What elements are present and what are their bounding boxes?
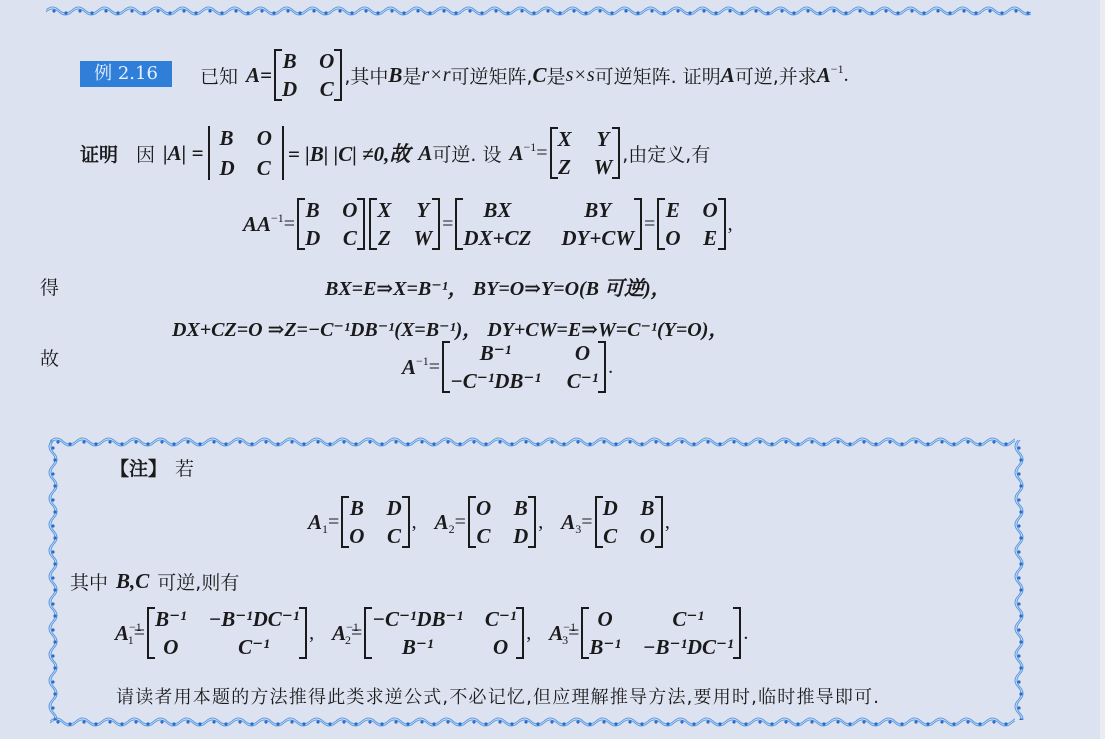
math-eq: =	[644, 213, 655, 236]
note-text: 可逆,则有	[157, 568, 239, 595]
proof-label: 证明	[80, 140, 118, 167]
example-badge: 例 2.16	[80, 61, 172, 87]
matrix-A1-inv: B⁻¹−B⁻¹DC⁻¹ OC⁻¹	[147, 607, 307, 659]
therefore-label: 故	[40, 344, 59, 371]
matrix-product-result: BXBY DX+CZDY+CW	[455, 198, 642, 250]
matrix-result: B⁻¹O −C⁻¹DB⁻¹C⁻¹	[442, 341, 606, 393]
note-border-right	[1010, 440, 1026, 720]
matrix-Ainv: XY ZW	[550, 127, 621, 179]
statement-text: 可逆矩阵,	[450, 62, 532, 89]
matrix-A2-inv: −C⁻¹DB⁻¹C⁻¹ B⁻¹O	[364, 607, 524, 659]
page-edge	[1100, 0, 1105, 739]
punct: .	[743, 622, 748, 645]
math-eq: =	[134, 622, 145, 645]
math-var: B,C	[116, 569, 149, 594]
matrix-identity: EO OE	[657, 198, 725, 250]
math-eq: =	[581, 511, 592, 534]
note-border-left	[44, 440, 60, 720]
result-equation: A−1 = B⁻¹O −C⁻¹DB⁻¹C⁻¹ .	[402, 336, 613, 398]
proof-text: 因	[136, 140, 155, 167]
note-border-bottom	[50, 713, 1015, 729]
math-dim: s×s	[566, 64, 595, 87]
punct: ,	[526, 622, 531, 645]
punct: ,	[665, 511, 670, 534]
math-expr: AA−1	[243, 212, 284, 237]
matrix-A3: DB CO	[595, 496, 663, 548]
note-closing: 请读者用本题的方法推得此类求逆公式,不必记忆,但应理解推导方法,要用时,临时推导…	[116, 683, 880, 709]
matrix-lhs: A=	[246, 63, 272, 88]
proof-text: ,由定义,有	[622, 140, 710, 167]
math-expr: |A| =	[163, 141, 203, 166]
math-eq: =	[568, 622, 579, 645]
math-var: A	[721, 63, 735, 88]
get-label: 得	[40, 273, 59, 300]
matrix-name-A1-inv: A−11	[115, 621, 134, 646]
punct: .	[608, 356, 613, 379]
math-var: A−1	[509, 141, 536, 166]
note-where: 其中 B,C 可逆,则有	[70, 568, 239, 594]
math-eq: =	[284, 213, 295, 236]
math-eq: =	[429, 356, 440, 379]
punct: ,	[309, 622, 314, 645]
math-var: B	[388, 63, 402, 88]
matrix-name-A1: A1	[308, 510, 328, 535]
note-header: 【注】 若	[110, 454, 194, 480]
statement-text: 已知	[200, 62, 238, 89]
product-equation: AA−1 = BO DC XY ZW = BXBY DX+CZDY+CW = E…	[243, 194, 733, 254]
matrix-A-product: BO DC	[297, 198, 365, 250]
statement-text: 可逆,并求	[735, 62, 817, 89]
matrix-name-A3: A3	[561, 510, 581, 535]
matrix-A2: OB CD	[468, 496, 536, 548]
matrix-A1: BD OC	[341, 496, 409, 548]
punct: ,	[538, 511, 543, 534]
math-expr: = |B| |C| ≠0,故	[288, 138, 411, 168]
math-eq: =	[328, 511, 339, 534]
math-var: A	[418, 141, 432, 166]
math-var: A−1	[817, 63, 844, 88]
equation-line-1: BX=E⇒X=B⁻¹， BY=O⇒Y=O(B 可逆)，	[325, 272, 671, 301]
matrix-A3-inv: OC⁻¹ B⁻¹−B⁻¹DC⁻¹	[581, 607, 741, 659]
statement-text: 可逆矩阵. 证明	[595, 62, 721, 89]
matrix-name-A3-inv: A−13	[549, 621, 568, 646]
matrix-name-A2-inv: A−12	[332, 621, 351, 646]
punct: ,	[412, 511, 417, 534]
math-dim: r×r	[421, 64, 450, 87]
matrix-name-A2: A2	[435, 510, 455, 535]
punct: ,	[728, 213, 733, 236]
proof-text: 可逆. 设	[432, 140, 501, 167]
math-eq: =	[351, 622, 362, 645]
statement-text: 是	[547, 62, 566, 89]
note-label: 【注】	[110, 454, 167, 481]
statement-text: 是	[402, 62, 421, 89]
note-text: 若	[175, 454, 194, 481]
math-expr: A−1	[402, 355, 429, 380]
note-border-top	[50, 433, 1015, 449]
determinant-A: BO DC	[208, 126, 284, 180]
matrix-A: BO DC	[274, 49, 342, 101]
note-inverses: A−11 = B⁻¹−B⁻¹DC⁻¹ OC⁻¹ , A−12 = −C⁻¹DB⁻…	[115, 602, 748, 664]
math-var: C	[533, 63, 547, 88]
note-text: 其中	[70, 568, 108, 595]
math-eq: =	[442, 213, 453, 236]
math-eq: =	[536, 142, 547, 165]
matrix-Ainv-product: XY ZW	[369, 198, 440, 250]
proof-line-1: 证明 因 |A| = BO DC = |B| |C| ≠0,故 A 可逆. 设 …	[80, 122, 710, 184]
statement-text: ,其中	[344, 62, 388, 89]
example-statement: 已知 A= BO DC ,其中 B 是 r×r 可逆矩阵, C 是 s×s 可逆…	[200, 45, 849, 105]
top-wave-border	[46, 2, 1031, 18]
punct: .	[844, 64, 849, 87]
math-eq: =	[455, 511, 466, 534]
note-matrices: A1 = BD OC , A2 = OB CD , A3 = DB CO ,	[308, 492, 670, 552]
